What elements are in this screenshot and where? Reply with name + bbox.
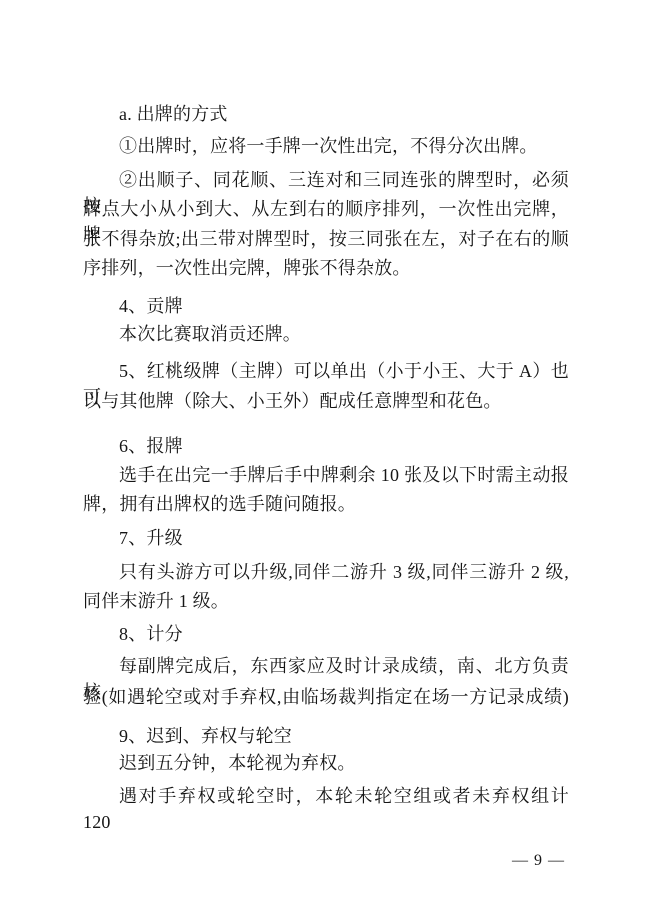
text-line: 只有头游方可以升级,同伴二游升 3 级,同伴三游升 2 级, xyxy=(83,559,569,585)
text-line: 以与其他牌（除大、小王外）配成任意牌型和花色。 xyxy=(83,388,569,414)
text-line: 序排列，一次性出完牌，牌张不得杂放。 xyxy=(83,255,569,281)
text-line: 6、报牌 xyxy=(83,433,569,459)
text-line: 张不得杂放;出三带对牌型时，按三同张在左，对子在右的顺 xyxy=(83,226,569,252)
text-line: 遇对手弃权或轮空时，本轮未轮空组或者未弃权组计 120 xyxy=(83,783,569,809)
page-number: — 9 — xyxy=(512,849,565,873)
text-line: 牌，拥有出牌权的选手随问随报。 xyxy=(83,491,569,517)
text-line: 9、迟到、弃权与轮空 xyxy=(83,723,569,749)
text-line: 选手在出完一手牌后手中牌剩余 10 张及以下时需主动报 xyxy=(83,462,569,488)
text-line: 本次比赛取消贡还牌。 xyxy=(83,321,569,347)
text-line: 8、计分 xyxy=(83,621,569,647)
text-line: 迟到五分钟，本轮视为弃权。 xyxy=(83,750,569,776)
text-line: 每副牌完成后，东西家应及时计录成绩，南、北方负责核 xyxy=(83,653,569,679)
text-line: ②出顺子、同花顺、三连对和三同连张的牌型时，必须按 xyxy=(83,167,569,193)
document-page: a. 出牌的方式 ①出牌时，应将一手牌一次性出完，不得分次出牌。 ②出顺子、同花… xyxy=(0,0,650,919)
text-line: 牌点大小从小到大、从左到右的顺序排列，一次性出完牌，牌 xyxy=(83,196,569,222)
text-line: 验(如遇轮空或对手弃权,由临场裁判指定在场一方记录成绩) xyxy=(83,684,569,710)
text-line: 4、贡牌 xyxy=(83,293,569,319)
text-line: 7、升级 xyxy=(83,525,569,551)
text-line: ①出牌时，应将一手牌一次性出完，不得分次出牌。 xyxy=(83,133,569,159)
text-line: 5、红桃级牌（主牌）可以单出（小于小王、大于 A）也可 xyxy=(83,358,569,384)
text-line: 同伴末游升 1 级。 xyxy=(83,588,569,614)
text-line: a. 出牌的方式 xyxy=(83,101,569,127)
